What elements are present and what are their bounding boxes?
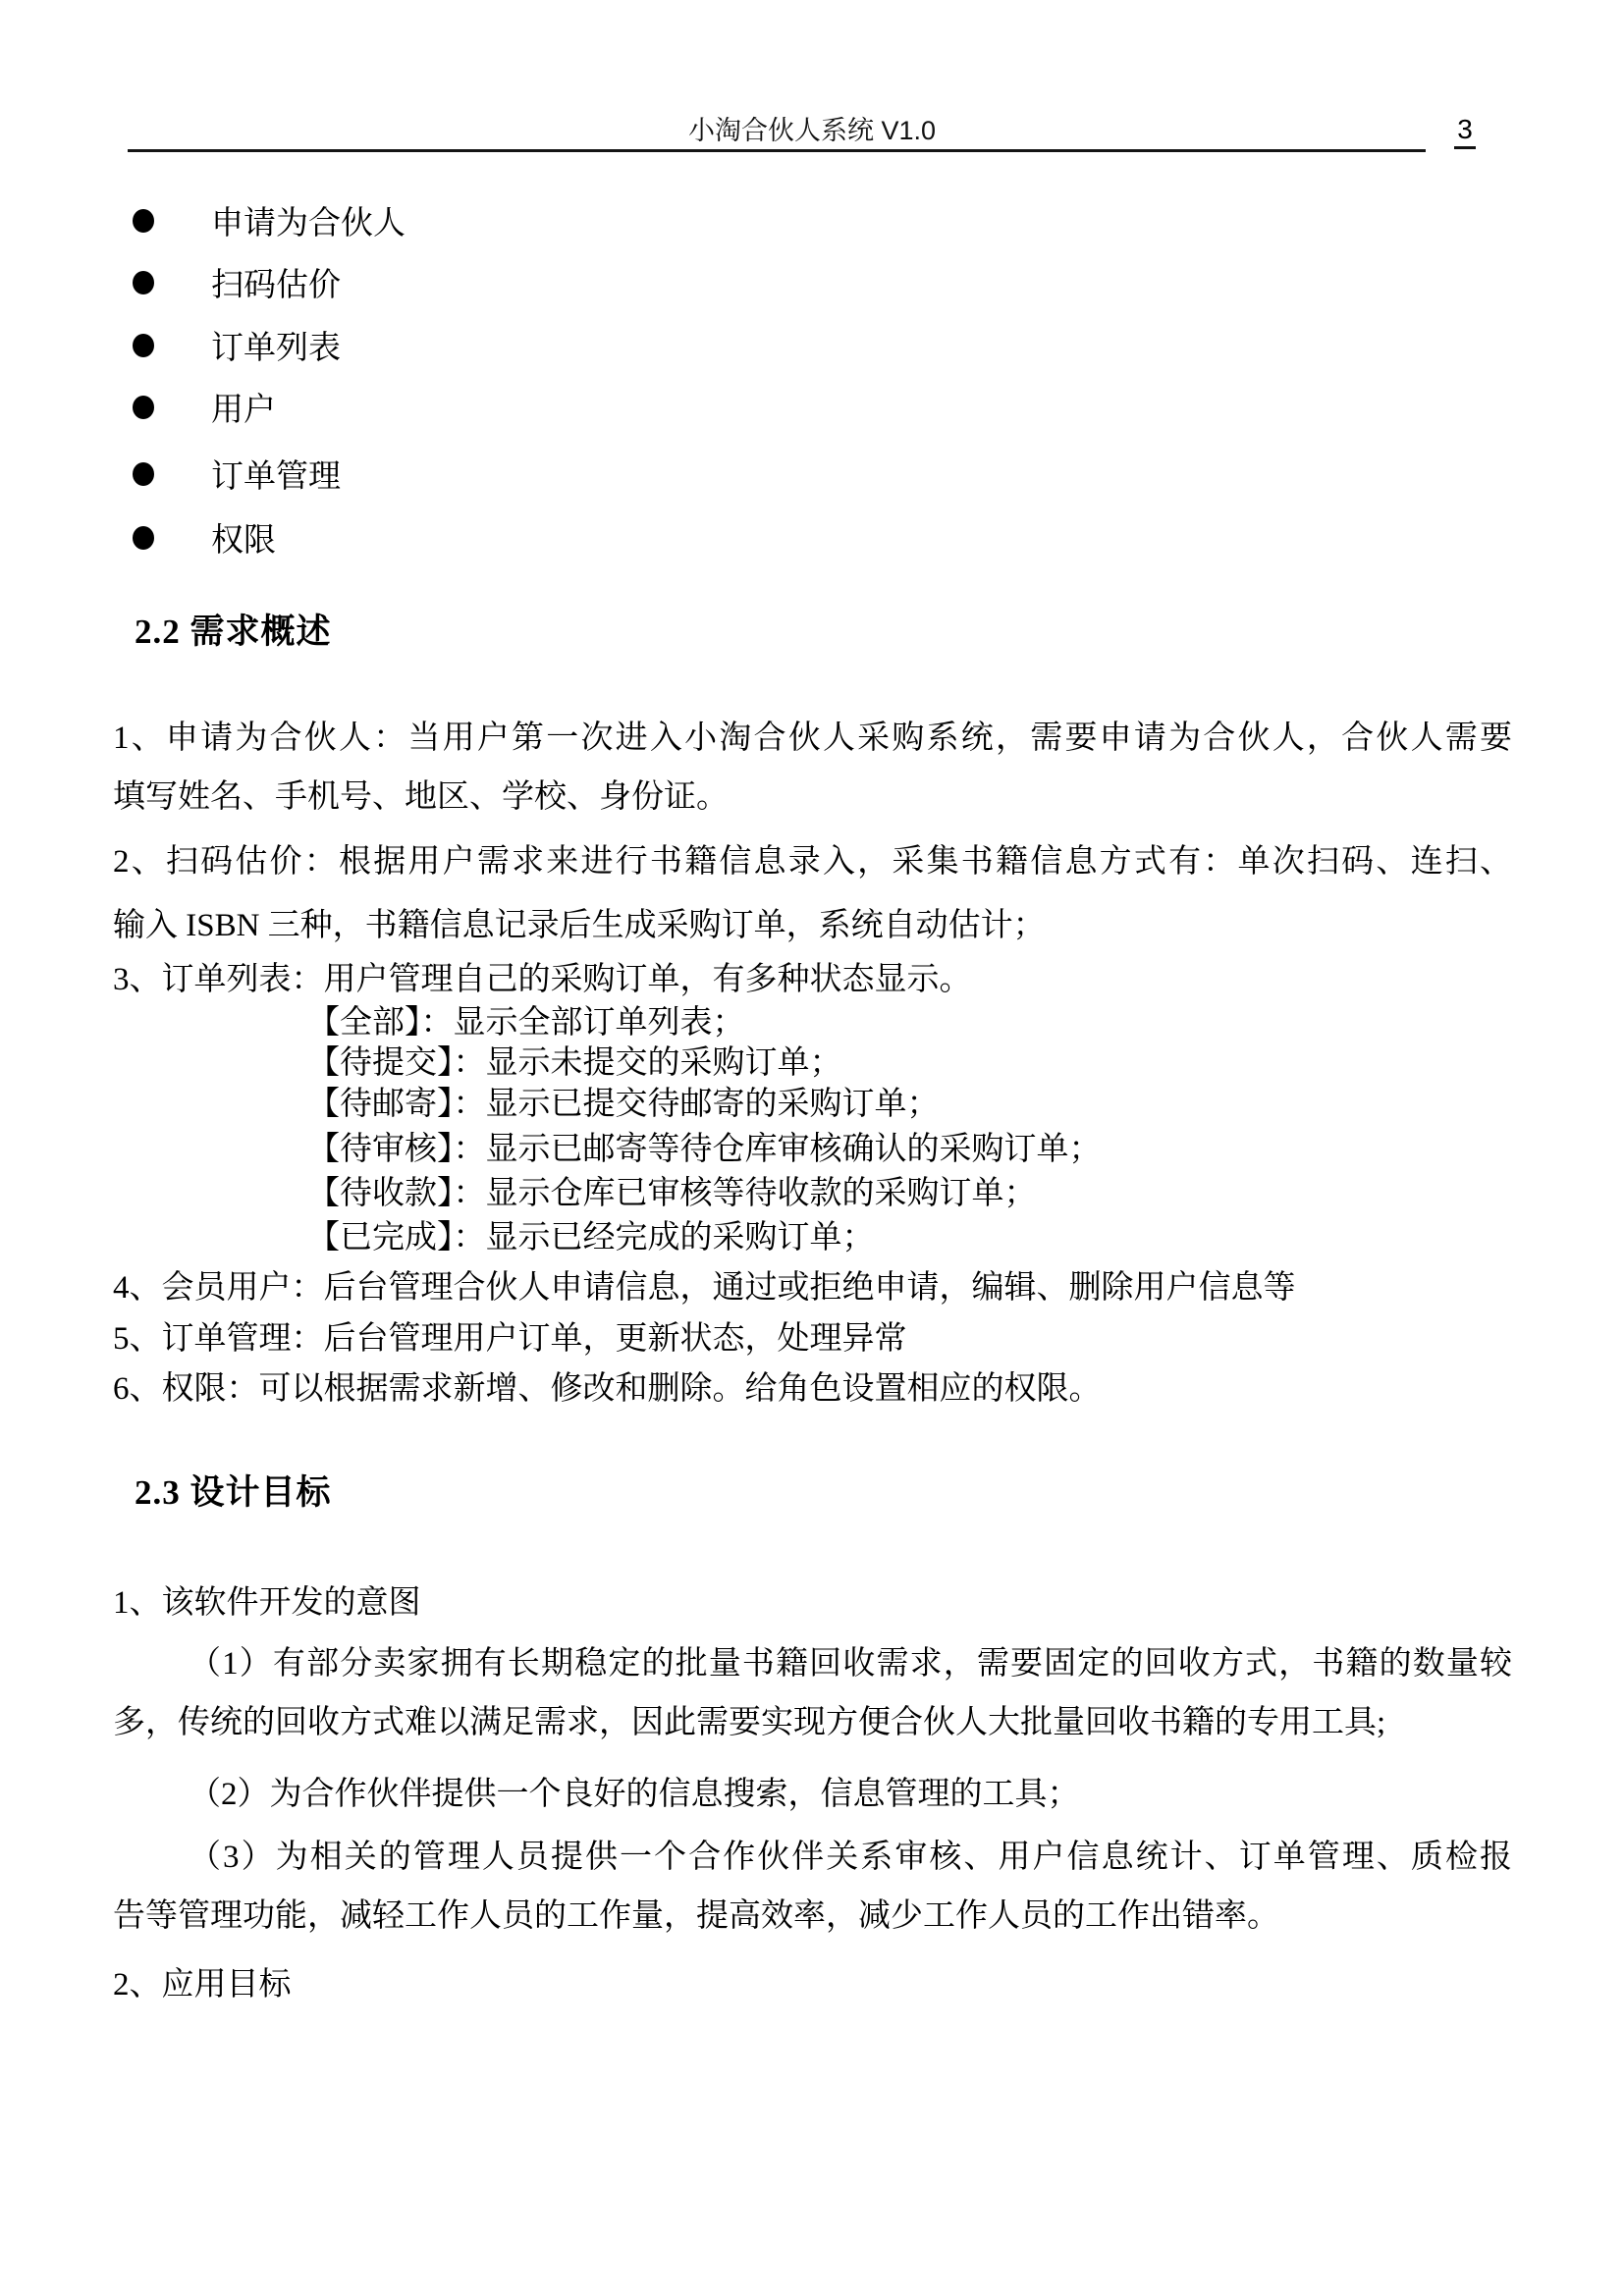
req-6-line: 6、权限：可以根据需求新增、修改和删除。给角色设置相应的权限。 (113, 1369, 1512, 1410)
req-5-line: 5、订单管理：后台管理用户订单，更新状态，处理异常 (113, 1319, 1512, 1360)
bullet-item-order-list: 订单列表 (133, 325, 341, 365)
goal-2-line: （2）为合作伙伴提供一个良好的信息搜索，信息管理的工具； (113, 1775, 1512, 1815)
header-rule (128, 149, 1426, 152)
header-title: 小淘合伙人系统 V1.0 (0, 116, 1624, 145)
page-number: 3 (1446, 114, 1484, 149)
status-pending-review-line: 【待审核】：显示已邮寄等待仓库审核确认的采购订单； (307, 1130, 1102, 1170)
req-2-line-1: 2、扫码估价：根据用户需求来进行书籍信息录入，采集书籍信息方式有：单次扫码、连扫… (113, 842, 1512, 882)
bullet-item-user: 用户 (133, 387, 276, 427)
req-3-line: 3、订单列表：用户管理自己的采购订单，有多种状态显示。 (113, 960, 1512, 1000)
status-pending-payment-line: 【待收款】：显示仓库已审核等待收款的采购订单； (307, 1174, 1037, 1214)
goal-3-line-2: 告等管理功能，减轻工作人员的工作量，提高效率，减少工作人员的工作出错率。 (113, 1896, 1512, 1937)
bullet-label: 扫码估价 (211, 259, 341, 305)
bullet-item-permission: 权限 (133, 517, 276, 558)
status-all-line: 【全部】：显示全部订单列表； (307, 1003, 745, 1043)
goal-1-line-2: 多，传统的回收方式难以满足需求，因此需要实现方便合伙人大批量回收书籍的专用工具; (113, 1703, 1512, 1743)
goal-1-line-1: （1）有部分卖家拥有长期稳定的批量书籍回收需求，需要固定的回收方式，书籍的数量较 (113, 1644, 1512, 1684)
req-4-line: 4、会员用户：后台管理合伙人申请信息，通过或拒绝申请，编辑、删除用户信息等 (113, 1268, 1512, 1308)
req-1-line-1: 1、申请为合伙人：当用户第一次进入小淘合伙人采购系统，需要申请为合伙人，合伙人需… (113, 719, 1512, 759)
goal-3-line-1: （3）为相关的管理人员提供一个合作伙伴关系审核、用户信息统计、订单管理、质检报 (113, 1838, 1512, 1878)
bullet-item-scan-estimate: 扫码估价 (133, 262, 341, 302)
bullet-dot-icon (133, 209, 154, 233)
bullet-dot-icon (133, 271, 154, 294)
section-2-3-heading: 2.3 设计目标 (135, 1471, 332, 1515)
bullet-label: 申请为合伙人 (211, 197, 406, 243)
bullet-dot-icon (133, 334, 154, 357)
req-1-line-2: 填写姓名、手机号、地区、学校、身份证。 (113, 777, 1512, 818)
bullet-dot-icon (133, 396, 154, 419)
goal-app-target-line: 2、应用目标 (113, 1965, 1512, 2005)
status-completed-line: 【已完成】：显示已经完成的采购订单； (307, 1218, 875, 1258)
status-pending-mail-line: 【待邮寄】：显示已提交待邮寄的采购订单； (307, 1085, 940, 1125)
status-pending-submit-line: 【待提交】：显示未提交的采购订单； (307, 1043, 842, 1084)
bullet-dot-icon (133, 526, 154, 550)
bullet-item-apply-partner: 申请为合伙人 (133, 200, 406, 240)
bullet-label: 权限 (211, 514, 276, 561)
bullet-label: 用户 (211, 384, 276, 430)
goal-intent-line: 1、该软件开发的意图 (113, 1583, 1512, 1624)
bullet-label: 订单管理 (211, 451, 341, 497)
bullet-label: 订单列表 (211, 322, 341, 368)
document-page: 小淘合伙人系统 V1.0 3 申请为合伙人 扫码估价 订单列表 用户 订单管理 … (0, 0, 1624, 2296)
bullet-item-order-manage: 订单管理 (133, 454, 341, 494)
bullet-dot-icon (133, 462, 154, 486)
section-2-2-heading: 2.2 需求概述 (135, 611, 332, 654)
req-2-line-2: 输入 ISBN 三种，书籍信息记录后生成采购订单，系统自动估计； (113, 906, 1512, 946)
page-number-value: 3 (1454, 114, 1476, 149)
